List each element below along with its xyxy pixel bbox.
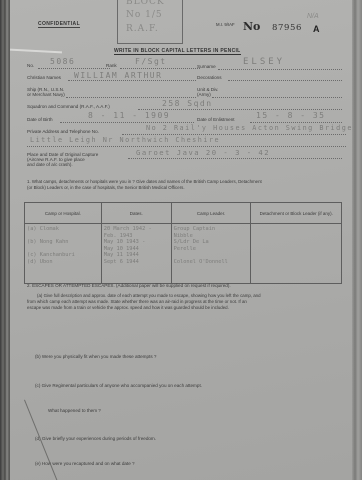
value-rank[interactable]: F/Sgt [135, 57, 167, 66]
section2-heading: 2. ESCAPES OR ATTEMPTED ESCAPES. (Additi… [27, 283, 231, 288]
cell-camp-leaders: Group Captain Nibble S/Ldr De La Perelle… [171, 224, 251, 284]
field-line-surname [218, 69, 342, 70]
table-row: (a) Clomak (b) Nong Kahn (c) Kanchanburi… [25, 224, 342, 284]
label-private-address: Private Address and Telephone No. [27, 129, 99, 134]
section1-question-line-2: (or Block) Leaders or, in the case of ho… [27, 185, 185, 190]
serial-suffix: A [313, 24, 320, 34]
field-line-address-1 [122, 134, 346, 135]
classification-label: CONFIDENTIAL [38, 21, 80, 28]
value-date-of-birth[interactable]: 8 - 11 - 1909 [88, 111, 170, 120]
field-line-unit [212, 97, 342, 98]
instruction-heading: WRITE IN BLOCK CAPITAL LETTERS IN PENCIL [114, 48, 241, 55]
section2-question-c: (c) Give Regimental particulars of anyon… [35, 383, 202, 388]
field-line-date-of-enlistment [250, 122, 342, 123]
section1-question-line-1: 1. What camps, detachments or hospitals … [27, 179, 262, 184]
corner-annotation: N/A [307, 13, 319, 20]
field-line-date-of-birth [60, 122, 194, 123]
label-rank: Rank [106, 63, 117, 68]
header-camp-leader: Camp Leader. [171, 203, 251, 224]
section2-qa-line-3: escape was made from a train or vehicle … [27, 305, 229, 310]
value-christian-names[interactable]: WILLIAM ARTHUR [74, 71, 162, 80]
field-line-ship [66, 97, 196, 98]
value-address-line-2[interactable]: Little Leigh Nr Northwich Cheshire [30, 136, 220, 144]
label-date-of-birth: Date of Birth [27, 117, 53, 122]
camp-d: (d) Ubon [27, 259, 99, 266]
label-decorations: Decorations [197, 75, 222, 80]
field-line-christian-names [68, 80, 196, 81]
value-surname[interactable]: ELSEY [243, 57, 285, 67]
header-detachment-leader: Detachment or Block Leader (if any). [251, 203, 342, 224]
stamp-line-1: BLOCK [126, 0, 165, 7]
binder-edge-left [0, 0, 10, 480]
section2-qa-line-2: from which camp each attempt was made. S… [27, 299, 247, 304]
section2-qa-line-1: (a) Give full description and approx. da… [37, 293, 261, 298]
binding-string [10, 49, 62, 54]
label-christian-names: Christian Names [27, 75, 61, 80]
label-date-of-enlistment: Date of Enlistment [197, 117, 235, 122]
serial-number: 87956 [272, 23, 302, 33]
leader-d-1: Colonel O'Donnell [174, 259, 249, 266]
value-squadron[interactable]: 258 Sqdn [162, 99, 213, 108]
value-date-of-enlistment[interactable]: 15 - 8 - 35 [256, 111, 325, 120]
section2-question-c-follow: What happened to them ? [48, 408, 101, 413]
camps-table-header: Camp or Hospital. Dates. Camp Leader. De… [25, 203, 342, 224]
cell-dates: 20 March 1942 - Feb. 1943 May 10 1943 - … [101, 224, 171, 284]
dates-d-1: Sept 6 1944 [104, 259, 169, 266]
field-line-no [38, 68, 110, 69]
header-dates: Dates. [101, 203, 171, 224]
form-code: M.I. 9/IAF [216, 22, 235, 27]
field-line-decorations [228, 80, 342, 81]
label-unit-2: (Army) [197, 92, 211, 97]
binder-edge-right [352, 0, 362, 480]
field-line-address-2 [27, 146, 346, 147]
number-sign: No [243, 20, 260, 33]
label-ship-2: or Merchant Navy) [27, 92, 65, 97]
value-capture[interactable]: Garoet Java 20 - 3 - 42 [136, 148, 270, 157]
stamp-line-3: R.A.F. [126, 24, 159, 34]
label-surname: Surname [197, 64, 216, 69]
section2-question-d: (d) Give briefly your experiences during… [35, 436, 156, 441]
value-address-line-1[interactable]: No 2 Rail'y Houses Acton Swing Bridge [146, 124, 353, 132]
label-squadron: Squadron and Command (R.A.F., A.A.F.) [27, 104, 110, 109]
cell-detachment-leaders [251, 224, 342, 284]
block-stamp: BLOCK No 1/5 R.A.F. [117, 0, 183, 44]
label-no: No. [27, 63, 34, 68]
label-capture-3: and date of a/c crash). [27, 162, 73, 167]
value-no[interactable]: 5086 [50, 57, 75, 66]
field-line-capture [128, 158, 342, 159]
header-camp: Camp or Hospital. [25, 203, 102, 224]
cell-camps: (a) Clomak (b) Nong Kahn (c) Kanchanburi… [25, 224, 102, 284]
section2-question-b: (b) Were you physically fit when you mad… [35, 354, 156, 359]
camps-table: Camp or Hospital. Dates. Camp Leader. De… [24, 202, 342, 284]
field-line-rank [120, 68, 200, 69]
form-page: BLOCK No 1/5 R.A.F. CONFIDENTIAL M.I. 9/… [10, 0, 352, 480]
field-line-squadron [138, 109, 342, 110]
stamp-line-2: No 1/5 [126, 10, 163, 20]
